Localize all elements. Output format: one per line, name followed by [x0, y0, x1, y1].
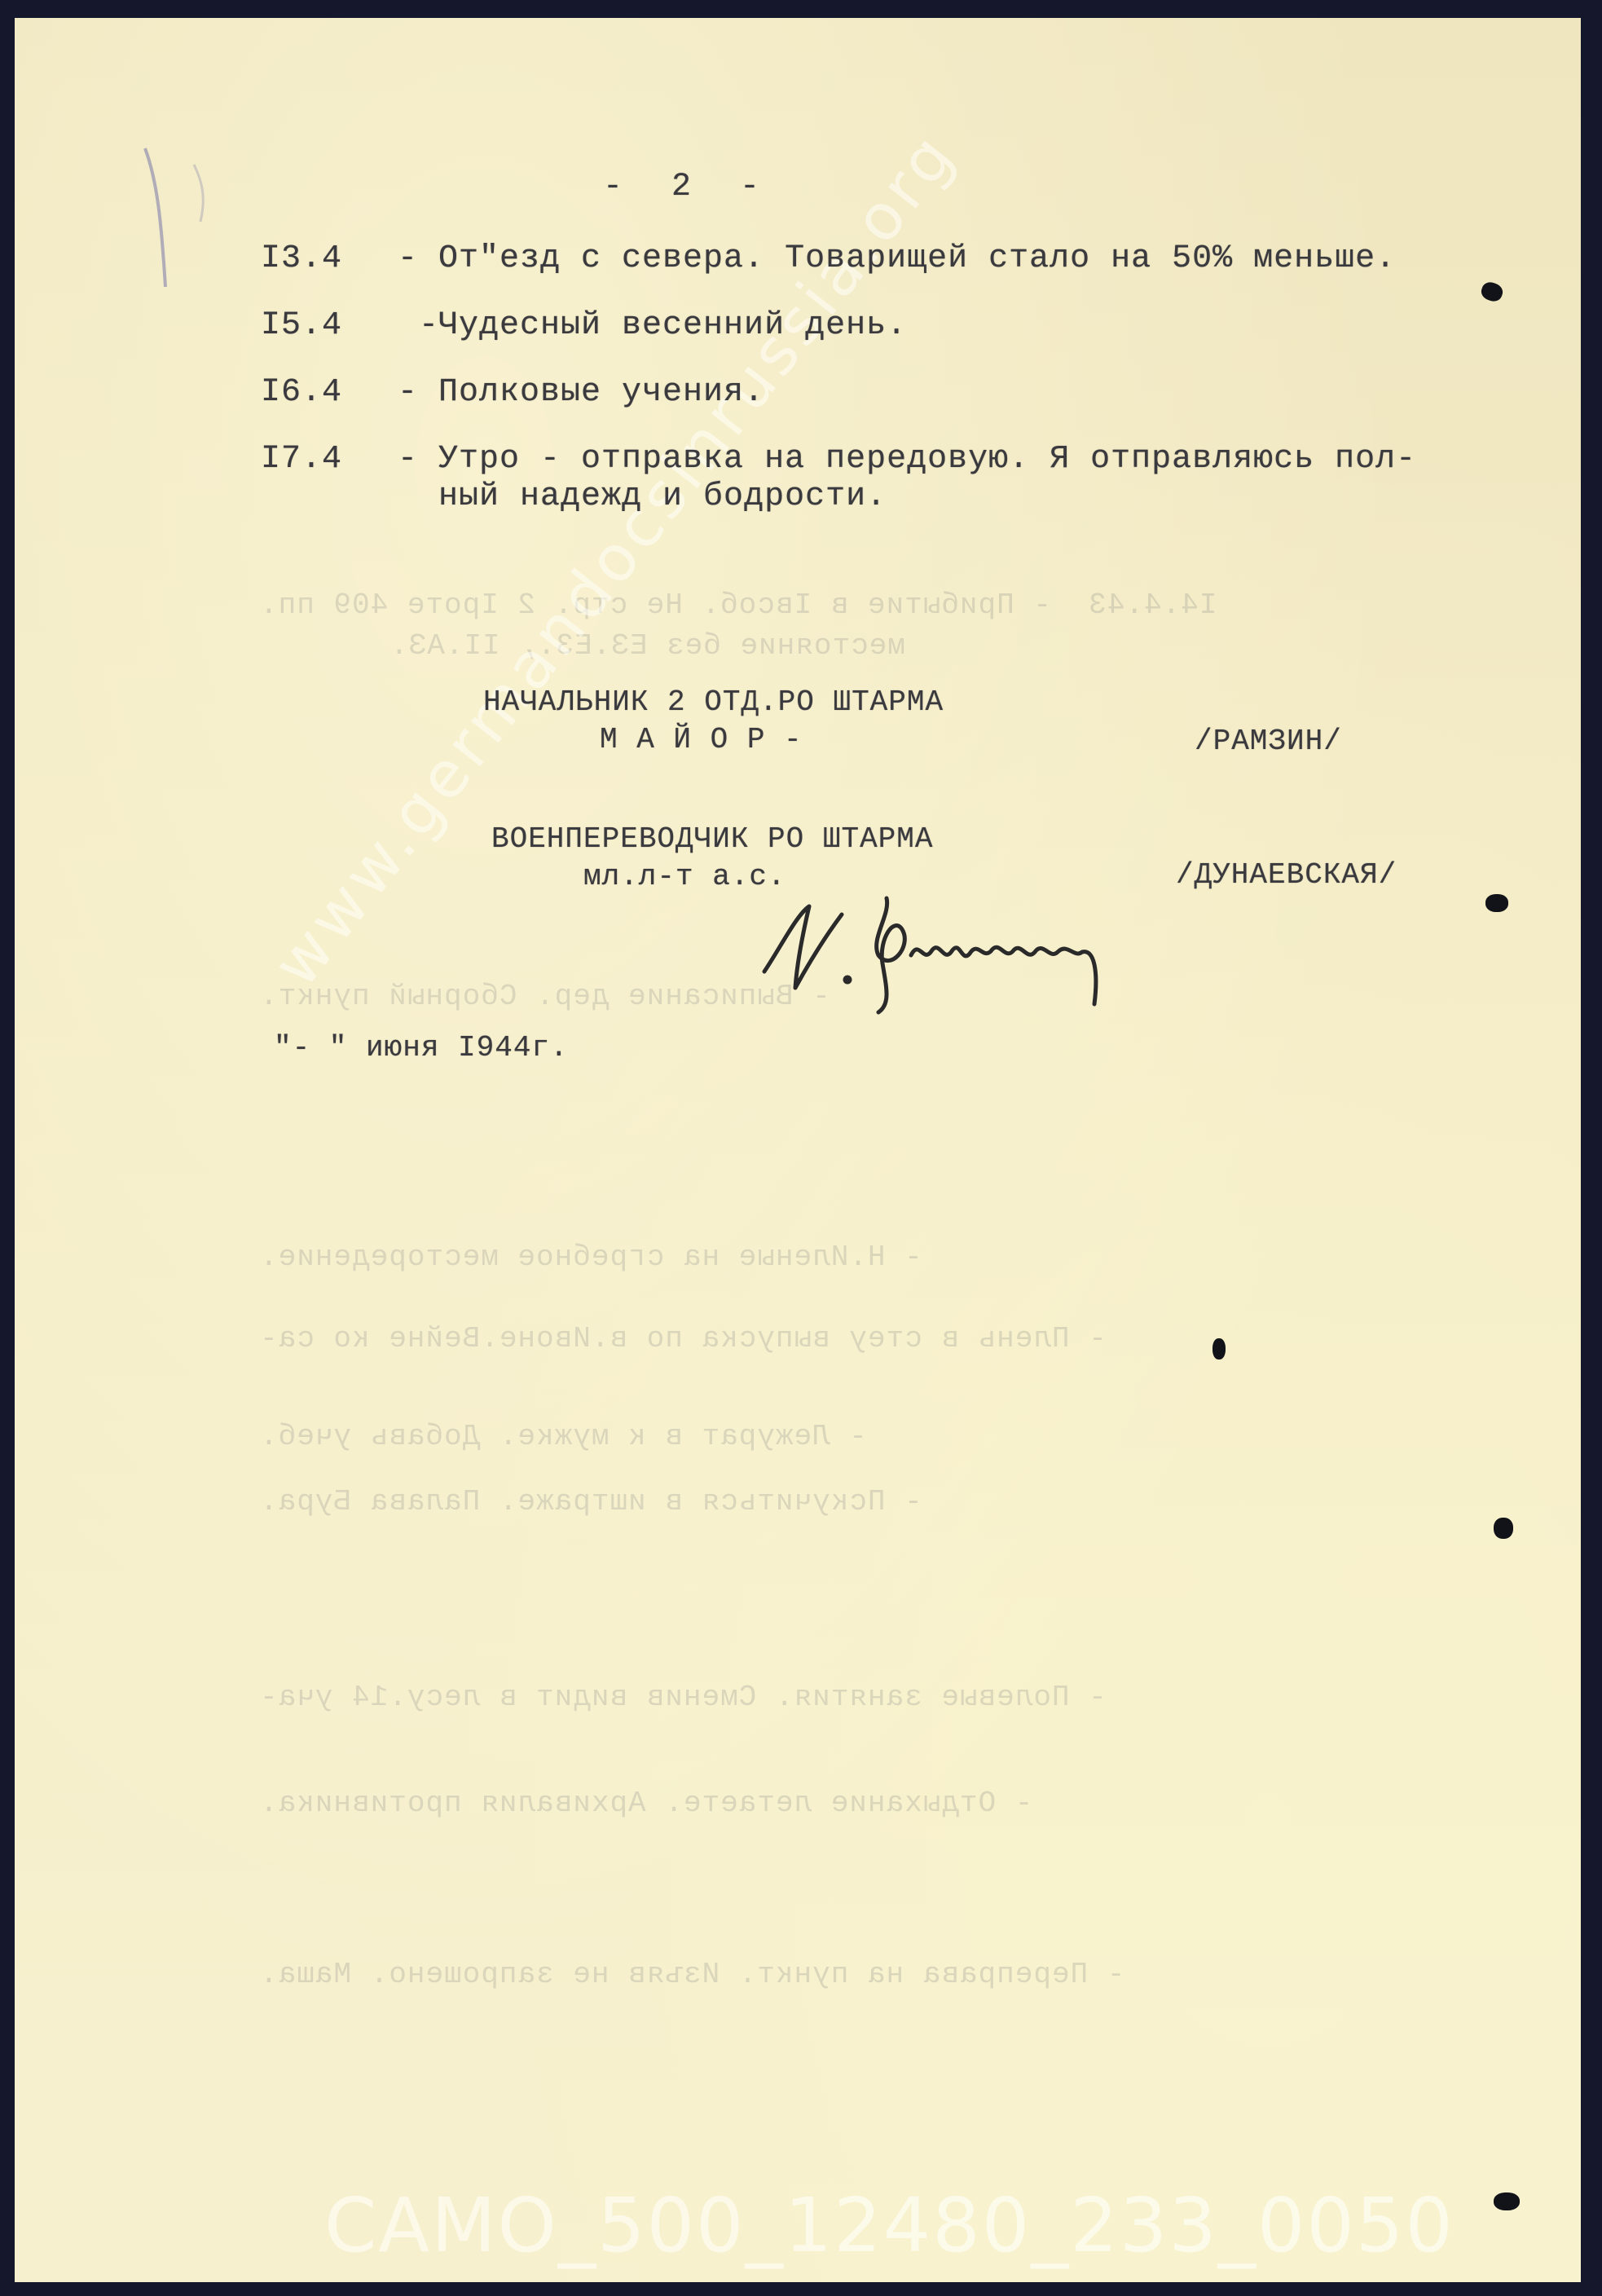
bleed-through-text: - Пскучиться в иштраже. Палава Бура.: [259, 1485, 1070, 1518]
entry-date: I6.4: [261, 377, 342, 409]
ink-blot: [1494, 1518, 1513, 1539]
bleed-through-text: - Лежурат в к мужке. Добавь учеб.: [259, 1420, 1014, 1453]
ink-blot: [1213, 1338, 1226, 1360]
page-number: - 2 -: [603, 171, 774, 204]
entry-dash: -: [398, 443, 418, 476]
ink-blot: [1494, 2192, 1520, 2210]
entry-dash: -: [419, 310, 439, 342]
archive-id-watermark: CAMO_500_12480_233_0050: [324, 2182, 1455, 2269]
bleed-through-text: I4.4.43 - Прибытие в Івсоб. Не стр. 2 Ір…: [259, 588, 1217, 622]
entry-text: Полковые учения.: [438, 377, 764, 409]
document-page: I4.4.43 - Прибытие в Івсоб. Не стр. 2 Ір…: [15, 18, 1581, 2282]
signatory-rank: М А Й О Р -: [600, 725, 803, 755]
bleed-through-text: - Переправа на пункт. Изъяв не запрошено…: [259, 1958, 1272, 1991]
pencil-mark-icon: [129, 132, 243, 295]
ink-blot: [1485, 894, 1508, 912]
signatory-name: /РАМЗИН/: [1195, 727, 1342, 756]
entry-date: I7.4: [261, 443, 342, 476]
entry-text: Чудесный весенний день.: [438, 310, 907, 342]
signatory-name: /ДУНАЕВСКАЯ/: [1176, 861, 1397, 890]
bleed-through-text: - Отдыхание летаете. Архивалия противник…: [259, 1787, 1180, 1820]
ink-blot: [1479, 280, 1505, 304]
bleed-through-text: - Н.Иленые на сгребное месторедение.: [259, 1241, 1070, 1274]
entry-dash: -: [398, 243, 418, 275]
entry-text-continuation: ный надежд и бодрости.: [438, 481, 887, 513]
signatory-title: НАЧАЛЬНИК 2 ОТД.РО ШТАРМА: [483, 688, 944, 717]
bleed-through-text: - Полевые занятия. Сменив видит в лесу.1…: [259, 1681, 1254, 1714]
signatory-title: ВОЕНПЕРЕВОДЧИК РО ШТАРМА: [491, 825, 933, 854]
document-date: "- " июня I944г.: [274, 1033, 569, 1063]
bleed-through-text: - Плень в стеу выпуска по в.Ивоне.Вейне …: [259, 1322, 1254, 1355]
entry-date: I3.4: [261, 243, 342, 275]
entry-date: I5.4: [261, 310, 342, 342]
entry-dash: -: [398, 377, 418, 409]
entry-text: От"езд с севера. Товарищей стало на 50% …: [438, 243, 1396, 275]
entry-text: Утро - отправка на передовую. Я отправля…: [438, 443, 1416, 476]
handwritten-signature-icon: [748, 882, 1172, 1020]
